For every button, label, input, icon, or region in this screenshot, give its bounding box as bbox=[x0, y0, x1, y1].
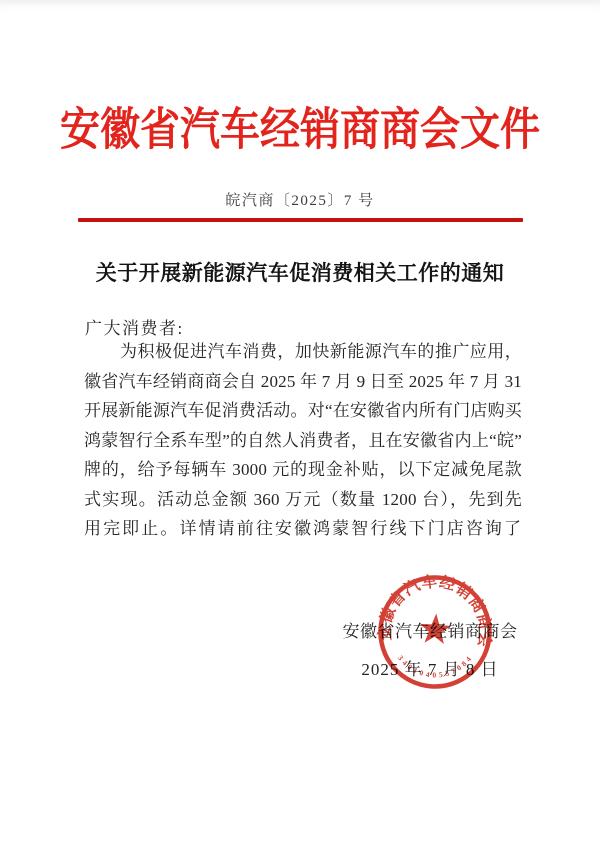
signature-date: 2025 年 7 月 8 日 bbox=[330, 655, 530, 680]
body-line: 鸿蒙智行全系车型”的自然人消费者，且在安徽省内上“皖” bbox=[84, 426, 522, 456]
document-number: 皖汽商〔2025〕7 号 bbox=[0, 189, 600, 210]
body-line: 牌的，给予每辆车 3000 元的现金补贴，以下定减免尾款的方 bbox=[84, 455, 522, 485]
official-document-page: 安徽省汽车经销商商会文件 皖汽商〔2025〕7 号 关于开展新能源汽车促消费相关… bbox=[0, 0, 600, 848]
signature-org: 安徽省汽车经销商商会 bbox=[330, 617, 530, 642]
body-line: 用完即止。详情请前往安徽鸿蒙智行线下门店咨询了解。 bbox=[84, 514, 522, 544]
body-line: 开展新能源汽车促消费活动。对“在安徽省内所有门店购买 bbox=[84, 396, 522, 426]
signature-block: 安徽省汽车经销商商会 2025 年 7 月 8 日 bbox=[330, 617, 530, 680]
body-line: 为积极促进汽车消费，加快新能源汽车的推广应用，安 bbox=[84, 337, 522, 367]
red-divider-rule bbox=[78, 218, 523, 222]
body-line: 式实现。活动总金额 360 万元（数量 1200 台），先到先得， bbox=[84, 485, 522, 515]
salutation: 广大消费者: bbox=[85, 314, 184, 339]
body-paragraph: 为积极促进汽车消费，加快新能源汽车的推广应用，安 徽省汽车经销商商会自 2025… bbox=[84, 337, 522, 544]
document-header-title: 安徽省汽车经销商商会文件 bbox=[0, 94, 600, 158]
notice-title: 关于开展新能源汽车促消费相关工作的通知 bbox=[0, 257, 600, 287]
body-line: 徽省汽车经销商商会自 2025 年 7 月 9 日至 2025 年 7 月 31… bbox=[84, 367, 522, 397]
